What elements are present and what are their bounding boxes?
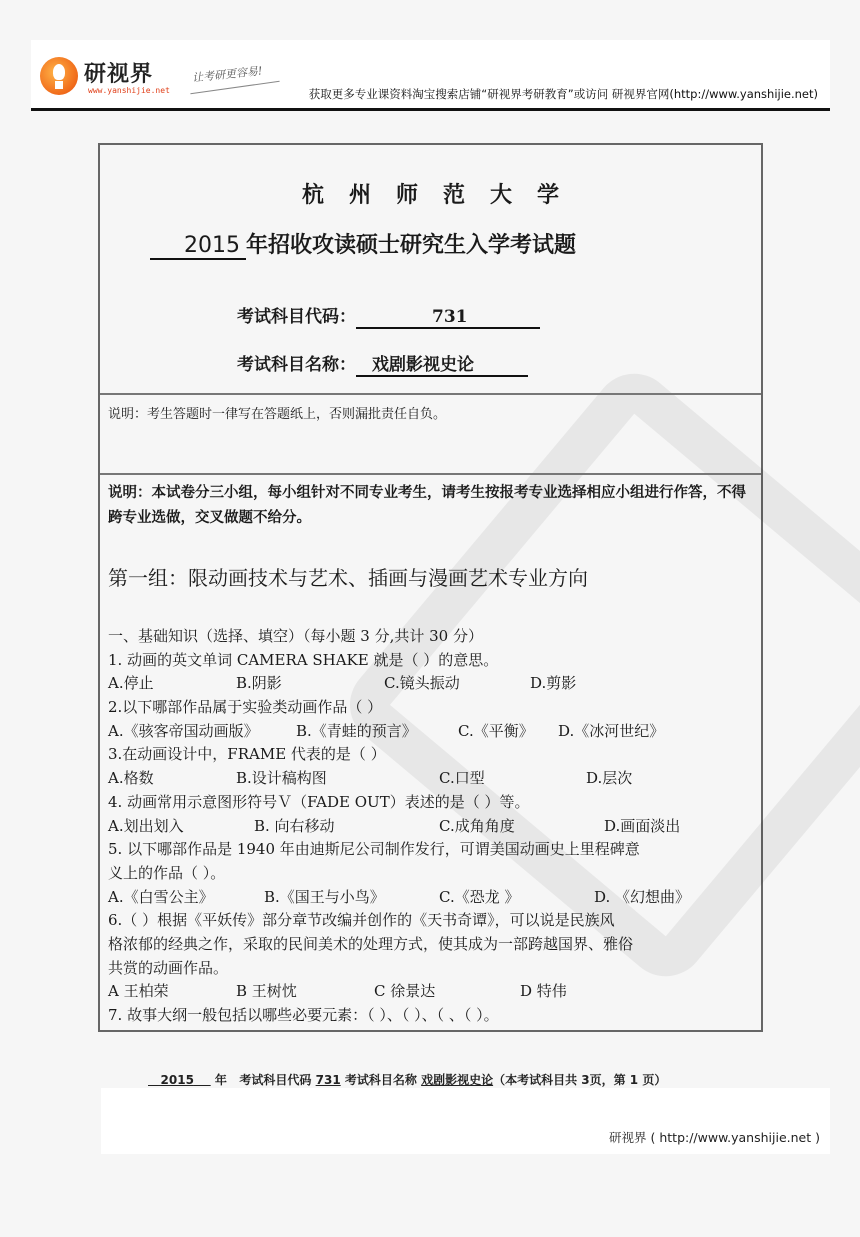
option: B. 向右移动 <box>254 815 335 839</box>
option: C.镜头振动 <box>384 672 460 696</box>
footer-name-label: 考试科目名称 <box>345 1073 417 1087</box>
answer-instruction: 说明：考生答题时一律写在答题纸上，否则漏批责任自负。 <box>108 403 446 422</box>
option: A.停止 <box>108 672 154 696</box>
exam-paper-box: 杭州师范大学 2015年招收攻读硕士研究生入学考试题 考试科目代码：731 考试… <box>98 143 763 1032</box>
header-note: 获取更多专业课资料淘宝搜索店铺“研视界考研教育”或访问 研视界官网(http:/… <box>309 86 818 102</box>
subject-code-value: 731 <box>356 307 540 329</box>
option: B 王树忱 <box>236 980 297 1004</box>
option: D 特伟 <box>520 980 567 1004</box>
footer-year-value: 2015 <box>161 1073 194 1087</box>
question-6-stem-cont: 共赏的动画作品。 <box>108 957 758 981</box>
footer-code-label: 考试科目代码 <box>239 1073 311 1087</box>
option: D.《冰河世纪》 <box>558 720 664 744</box>
question-2-stem: 2.以下哪部作品属于实验类动画作品（ ） <box>108 696 758 720</box>
exam-title-suffix: 年招收攻读硕士研究生入学考试题 <box>246 233 576 258</box>
section-title: 一、基础知识（选择、填空）（每小题 3 分,共计 30 分） <box>108 625 758 649</box>
option: C 徐景达 <box>374 980 435 1004</box>
question-5-options: A.《白雪公主》 B.《国王与小鸟》 C.《恐龙 》 D. 《幻想曲》 <box>108 886 758 910</box>
question-4-stem: 4. 动画常用示意图形符号Ｖ（FADE OUT）表述的是（ ）等。 <box>108 791 758 815</box>
option: C.《恐龙 》 <box>439 886 519 910</box>
option: A 王柏荣 <box>108 980 169 1004</box>
option: B.设计稿构图 <box>236 767 327 791</box>
option: C.《平衡》 <box>458 720 534 744</box>
option: A.格数 <box>108 767 154 791</box>
subject-code-label: 考试科目代码： <box>237 307 356 327</box>
footer-name: 戏剧影视史论 <box>421 1073 493 1087</box>
answer-instruction-section: 说明：考生答题时一律写在答题纸上，否则漏批责任自负。 <box>100 395 761 475</box>
option: D.剪影 <box>530 672 576 696</box>
logo-url: www.yanshijie.net <box>88 86 170 95</box>
option: D.层次 <box>586 767 632 791</box>
group-title: 第一组：限动画技术与艺术、插画与漫画艺术专业方向 <box>108 562 588 591</box>
option: B.《国王与小鸟》 <box>264 886 385 910</box>
option: D.画面淡出 <box>604 815 680 839</box>
option: B.《青蛙的预言》 <box>296 720 417 744</box>
university-name: 杭州师范大学 <box>100 178 761 209</box>
question-3-options: A.格数 B.设计稿构图 C.口型 D.层次 <box>108 767 758 791</box>
logo-text: 研视界 <box>84 57 153 88</box>
footer-year: 2015 <box>148 1073 211 1087</box>
question-5-stem-cont: 义上的作品（ ）。 <box>108 862 758 886</box>
footer-code: 731 <box>316 1073 341 1087</box>
site-footer-link[interactable]: 研视界 ( http://www.yanshijie.net ) <box>609 1128 820 1146</box>
option: A.《骇客帝国动画版》 <box>108 720 259 744</box>
exam-title: 2015年招收攻读硕士研究生入学考试题 <box>150 228 576 260</box>
option: A.划出划入 <box>108 815 184 839</box>
exam-year: 2015 <box>150 233 246 260</box>
question-6-stem: 6.（ ）根据《平妖传》部分章节改编并创作的《天书奇谭》，可以说是民族风 <box>108 909 758 933</box>
footer-year-suffix: 年 <box>215 1073 227 1087</box>
question-6-stem-cont: 格浓郁的经典之作，采取的民间美术的处理方式，使其成为一部跨越国界、雅俗 <box>108 933 758 957</box>
option: A.《白雪公主》 <box>108 886 214 910</box>
subject-name-label: 考试科目名称： <box>237 355 356 375</box>
question-3-stem: 3.在动画设计中，FRAME 代表的是（ ） <box>108 743 758 767</box>
footer-page-info: （本考试科目共 3页，第 1 页） <box>493 1073 666 1087</box>
option: C.成角角度 <box>439 815 515 839</box>
subject-name-field: 考试科目名称：戏剧影视史论 <box>237 350 528 377</box>
option: B.阴影 <box>236 672 282 696</box>
question-5-stem: 5. 以下哪部作品是 1940 年由迪斯尼公司制作发行，可谓美国动画史上里程碑意 <box>108 838 758 862</box>
page-footer-line: 2015 年 考试科目代码 731 考试科目名称 戏剧影视史论（本考试科目共 3… <box>148 1071 666 1088</box>
subject-name-value: 戏剧影视史论 <box>356 350 528 377</box>
lightbulb-logo-icon <box>40 57 78 95</box>
question-list: 一、基础知识（选择、填空）（每小题 3 分,共计 30 分） 1. 动画的英文单… <box>108 625 758 1028</box>
question-1-stem: 1. 动画的英文单词 CAMERA SHAKE 就是（ ）的意思。 <box>108 649 758 673</box>
group-instruction: 说明：本试卷分三小组，每小组针对不同专业考生，请考生按报考专业选择相应小组进行作… <box>108 481 758 531</box>
option: C.口型 <box>439 767 485 791</box>
question-1-options: A.停止 B.阴影 C.镜头振动 D.剪影 <box>108 672 758 696</box>
header-divider <box>31 108 830 111</box>
question-7-stem: 7. 故事大纲一般包括以哪些必要元素：（ ）、（ ）、（ 、（ ）。 <box>108 1004 758 1028</box>
question-2-options: A.《骇客帝国动画版》 B.《青蛙的预言》 C.《平衡》 D.《冰河世纪》 <box>108 720 758 744</box>
question-4-options: A.划出划入 B. 向右移动 C.成角角度 D.画面淡出 <box>108 815 758 839</box>
option: D. 《幻想曲》 <box>594 886 690 910</box>
question-6-options: A 王柏荣 B 王树忱 C 徐景达 D 特伟 <box>108 980 758 1004</box>
exam-title-section: 杭州师范大学 2015年招收攻读硕士研究生入学考试题 考试科目代码：731 考试… <box>100 145 761 395</box>
subject-code-field: 考试科目代码：731 <box>237 302 540 329</box>
